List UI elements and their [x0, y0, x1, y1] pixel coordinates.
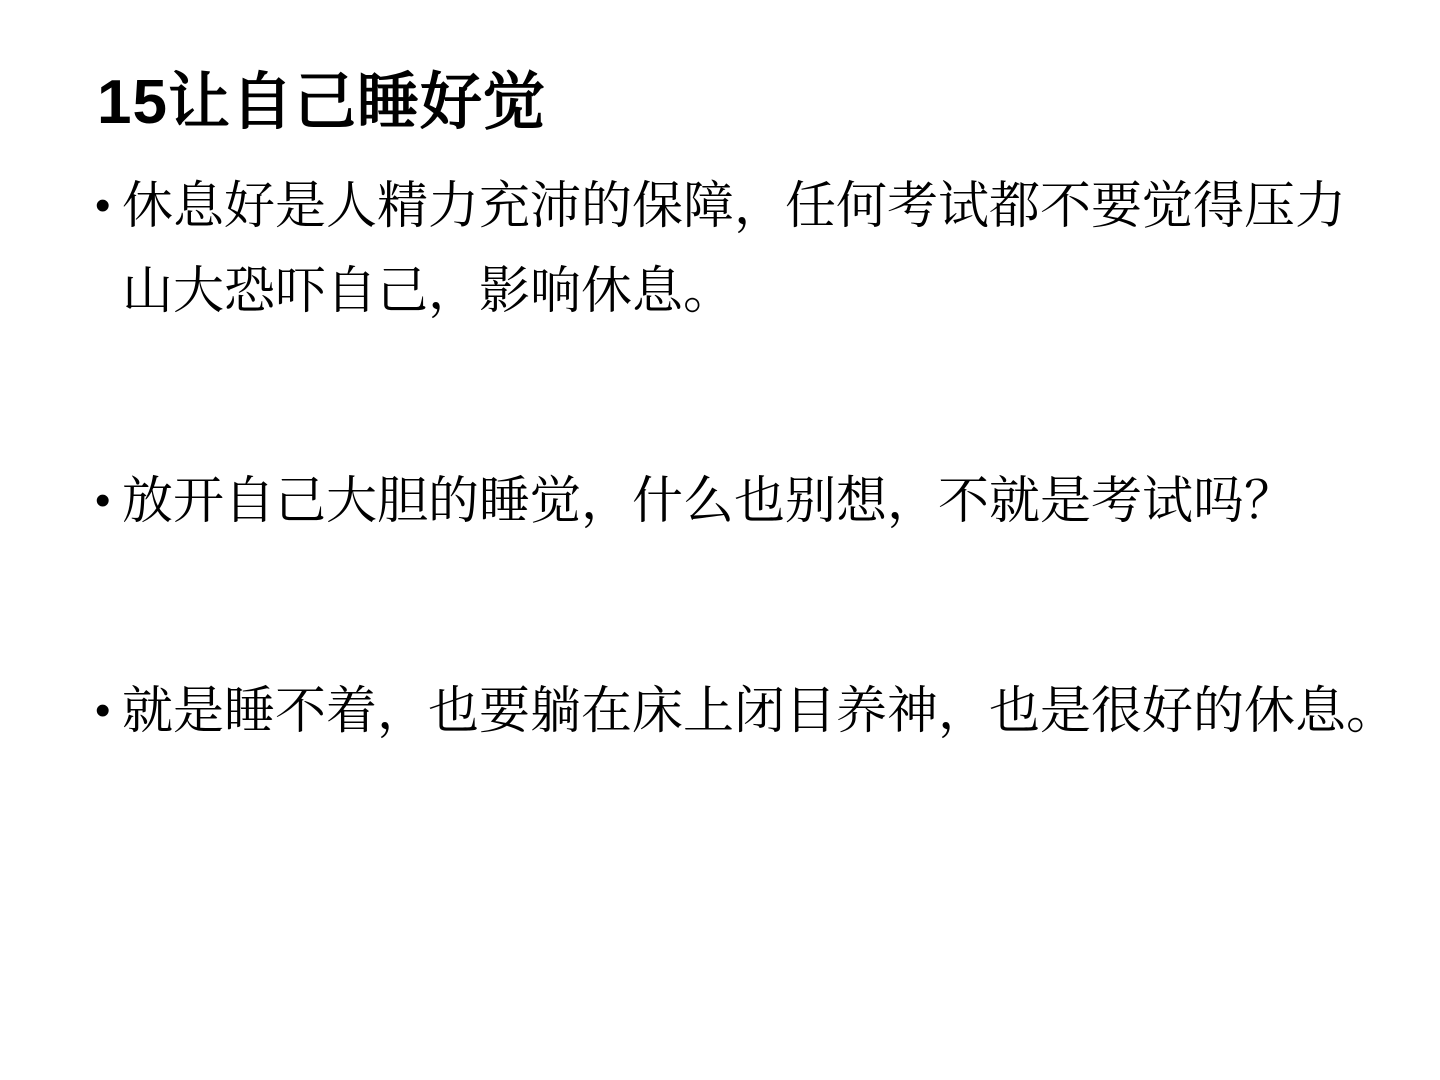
bullet-list: • 休息好是人精力充沛的保障，任何考试都不要觉得压力 山大恐吓自己，影响休息。 …	[95, 163, 1405, 878]
slide-canvas: 15让自己睡好觉 • 休息好是人精力充沛的保障，任何考试都不要觉得压力 山大恐吓…	[0, 0, 1440, 1080]
bullet-icon: •	[95, 668, 122, 753]
bullet-text: 就是睡不着，也要躺在床上闭目养神，也是很好的休息。	[122, 668, 1405, 753]
bullet-item: • 放开自己大胆的睡觉，什么也别想，不就是考试吗？	[95, 458, 1405, 543]
bullet-item: • 就是睡不着，也要躺在床上闭目养神，也是很好的休息。	[95, 668, 1405, 753]
bullet-icon: •	[95, 163, 122, 248]
bullet-text-line: 就是睡不着，也要躺在床上闭目养神，也是很好的休息。	[122, 668, 1405, 753]
bullet-text-line: 放开自己大胆的睡觉，什么也别想，不就是考试吗？	[122, 458, 1405, 543]
bullet-text-line: 休息好是人精力充沛的保障，任何考试都不要觉得压力	[122, 163, 1405, 248]
bullet-icon: •	[95, 458, 122, 543]
slide-title: 15让自己睡好觉	[97, 72, 546, 134]
bullet-text: 放开自己大胆的睡觉，什么也别想，不就是考试吗？	[122, 458, 1405, 543]
bullet-text: 休息好是人精力充沛的保障，任何考试都不要觉得压力 山大恐吓自己，影响休息。	[122, 163, 1405, 333]
bullet-item: • 休息好是人精力充沛的保障，任何考试都不要觉得压力 山大恐吓自己，影响休息。	[95, 163, 1405, 333]
bullet-text-line: 山大恐吓自己，影响休息。	[122, 248, 1405, 333]
